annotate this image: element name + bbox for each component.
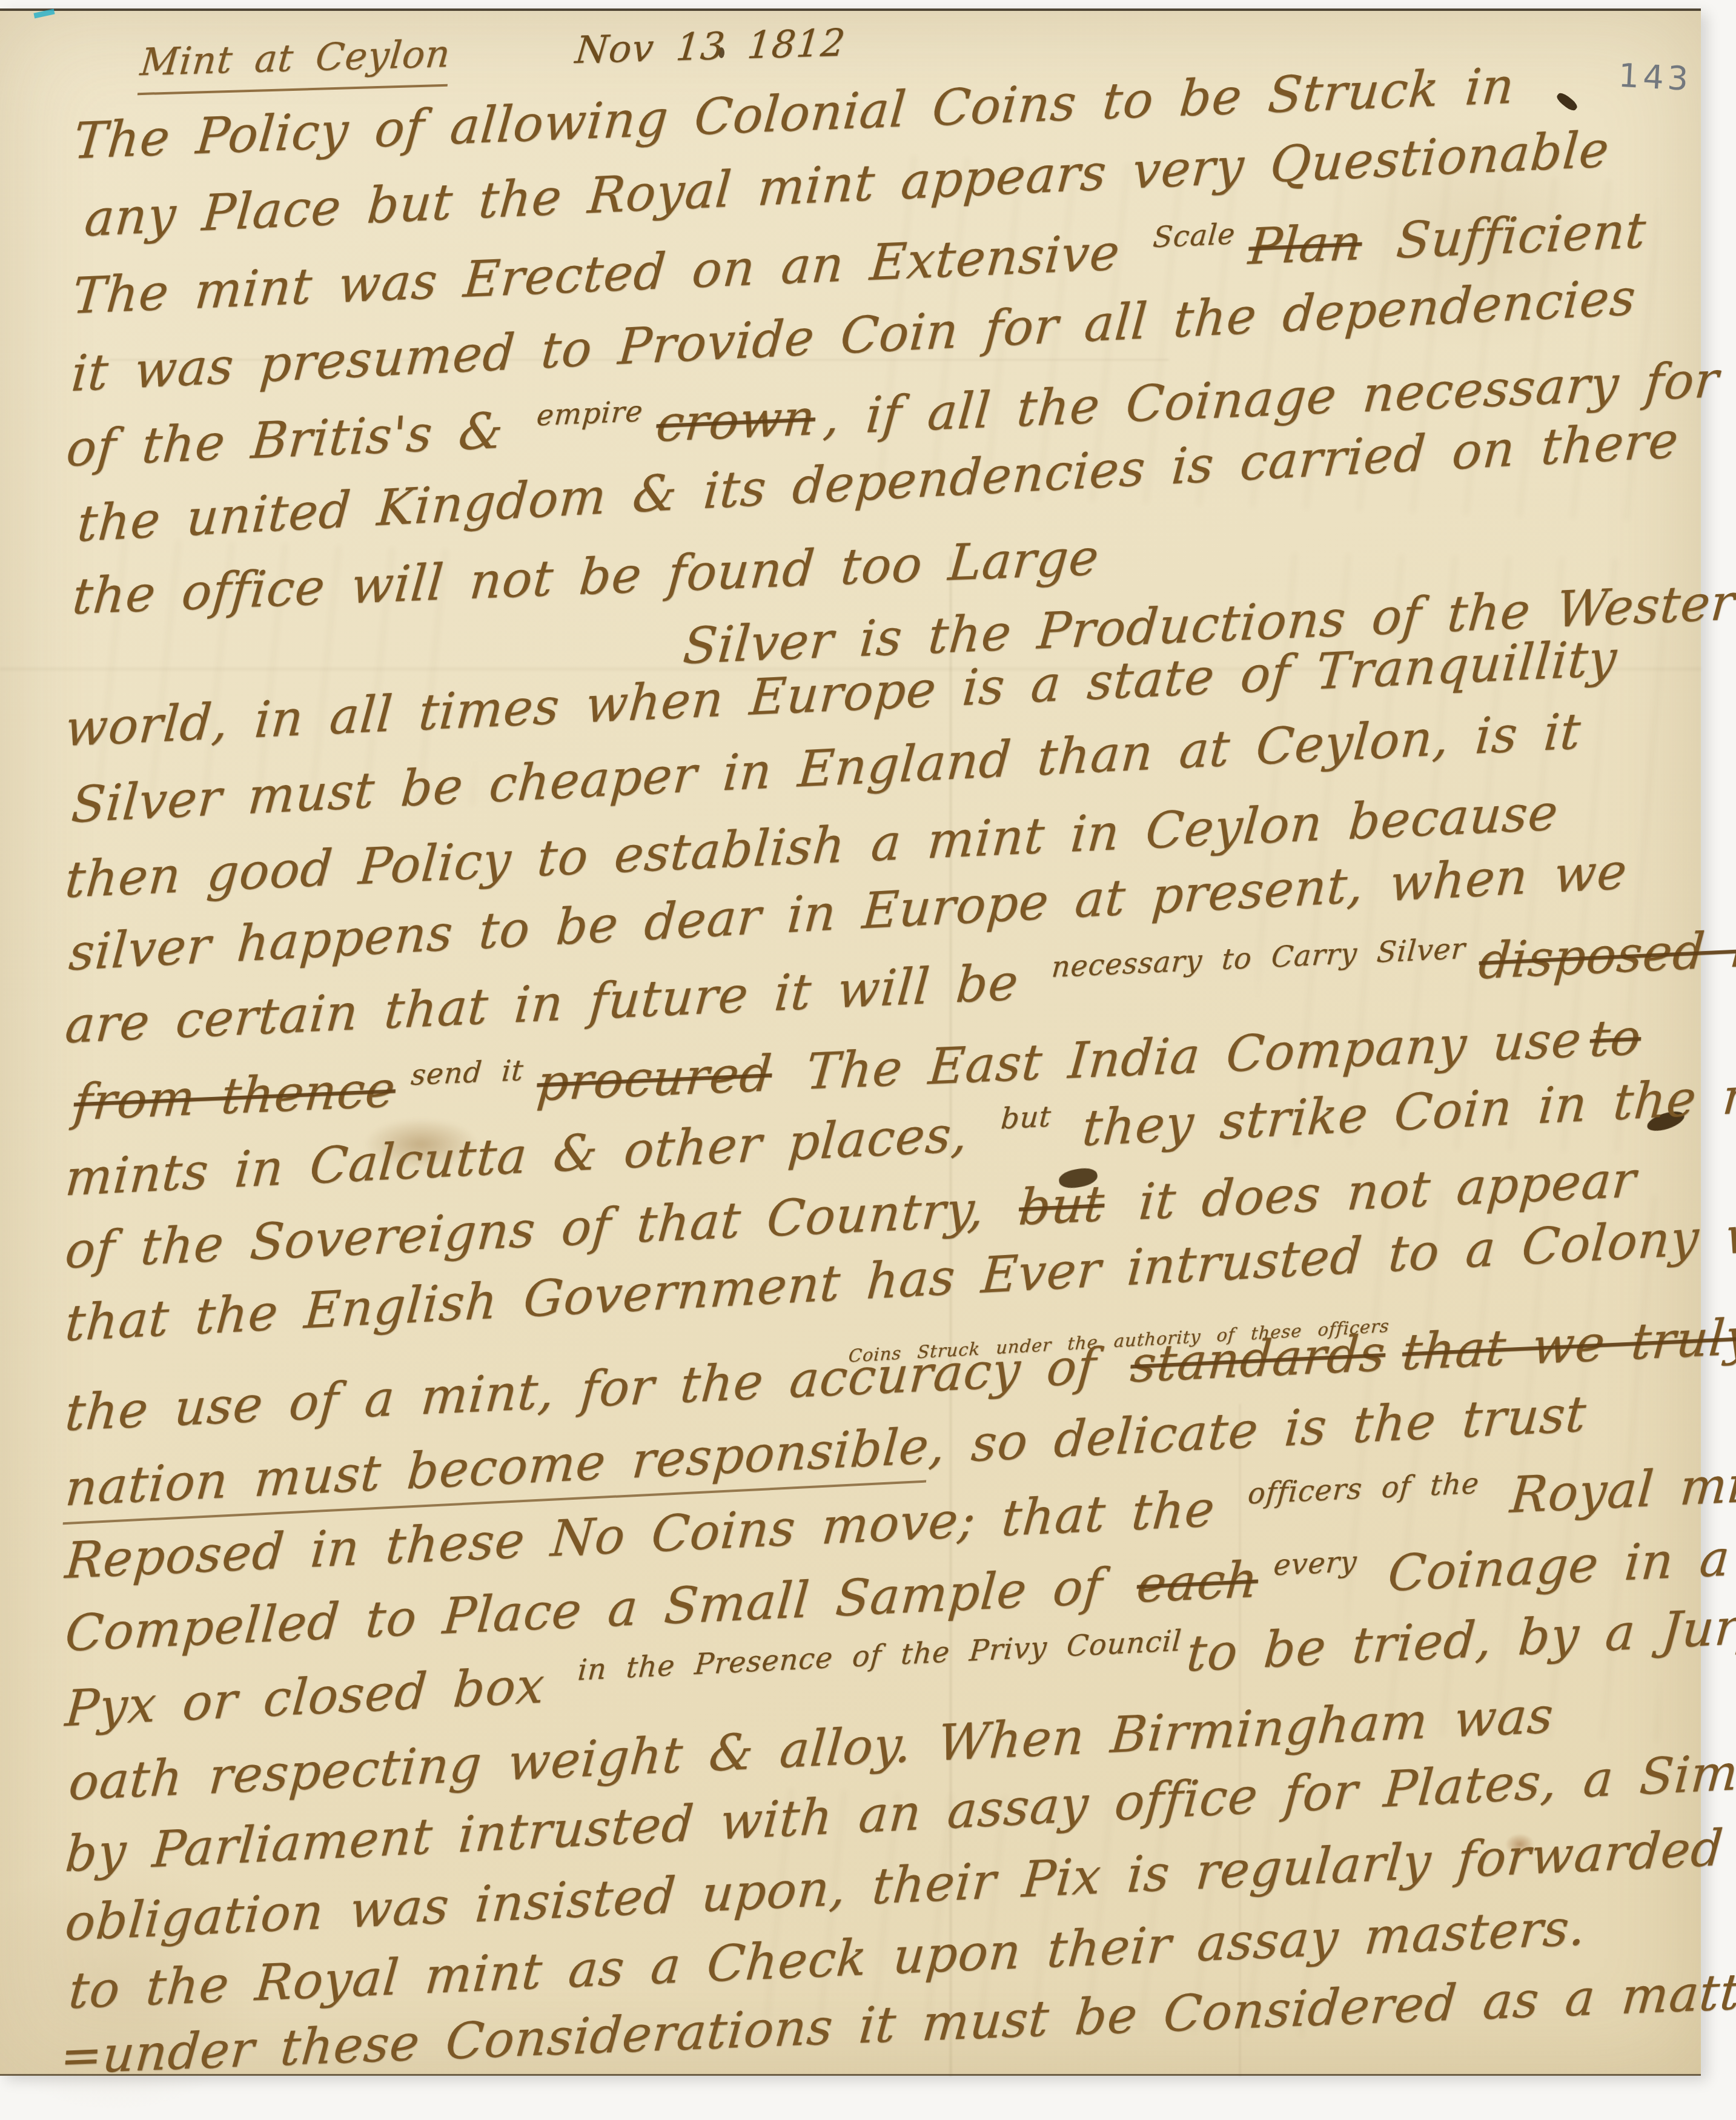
interlinear-insertion: officers of the [1247,1467,1480,1511]
handwritten-text: Pyx or closed box [63,1655,572,1738]
handwritten-text: Coinage in a [1360,1529,1732,1604]
interlinear-insertion: but [999,1100,1052,1136]
interlinear-insertion: necessary to Carry Silver [1050,932,1467,984]
handwritten-text: Sufficient [1368,202,1649,271]
interlinear-insertion: send it [409,1054,525,1092]
handwritten-text: of the Britis's & [64,401,532,478]
struck-out-text: procured [535,1045,774,1113]
handwritten-text: Royal mint are [1482,1449,1736,1526]
struck-out-text: standards [1128,1325,1388,1394]
handwritten-text: , so delicate is the trust [927,1385,1588,1476]
manuscript-body: The Policy of allowing Colonial Coins to… [0,11,1701,2074]
struck-out-text: Plan [1247,214,1365,276]
interlinear-insertion: Scale [1151,217,1236,254]
struck-out-text: disposed become to [1477,909,1736,990]
struck-out-text: each [1135,1551,1260,1614]
struck-out-text: to [1588,1009,1643,1068]
interlinear-insertion: every [1273,1545,1359,1582]
struck-out-text: from thence [71,1061,398,1132]
struck-out-text: that we truly [1400,1308,1736,1382]
struck-out-text: but [1017,1175,1107,1237]
interlinear-insertion: empire [535,395,644,433]
paper-sheet: Mint at Ceylon Nov 13 1812 143 The Polic… [0,8,1701,2076]
struck-out-text: crown [654,389,818,453]
